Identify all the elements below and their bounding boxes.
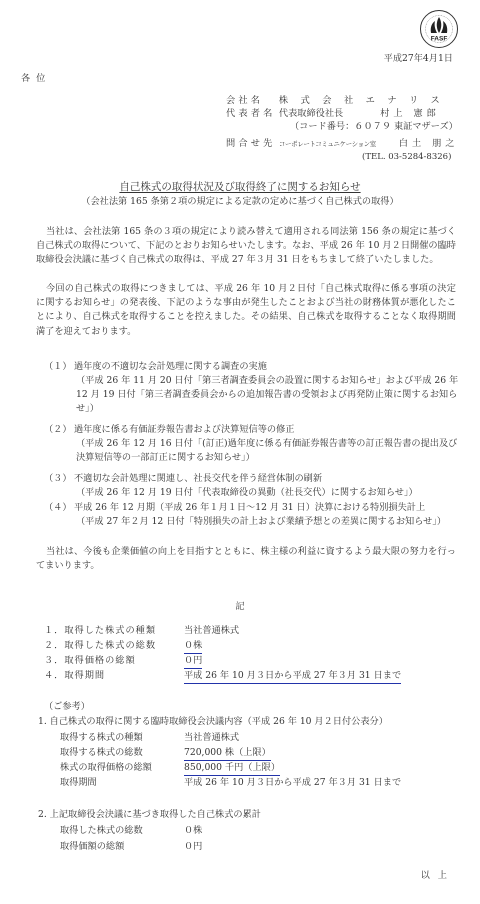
representative-row: 代表者名 代表取締役社長 村上 憲郎 xyxy=(226,107,440,121)
reference-label: 取得期間 xyxy=(60,776,184,790)
reference-row: 取得期間 平成 26 年 10 月３日から平成 27 年３月 31 日まで xyxy=(60,776,184,790)
reason-number: （４） xyxy=(44,501,72,515)
document-subtitle: （会社法第 165 条第２項の規定による定款の定めに基づく自己株式の取得） xyxy=(0,195,480,209)
reference-label: 株式の取得価格の総額 xyxy=(60,761,184,775)
record-row: ４．取得期間 平成 26 年 10 月３日から平成 27 年３月 31 日まで xyxy=(44,669,184,683)
reason-paragraph: 今回の自己株式の取得につきましては、平成 26 年 10 月２日付「自己株式取得… xyxy=(36,282,456,339)
reason-number: （２） xyxy=(44,423,72,437)
record-label: ３．取得価格の総額 xyxy=(44,654,184,668)
reason-text: 過年度の不適切な会計処理に関する調査の実施 xyxy=(74,360,466,374)
reference-section-1-title: 1. 自己株式の取得に関する臨時取締役会決議内容（平成 26 年 10 月２日付… xyxy=(38,715,388,729)
reference-row: 取得する株式の種類 当社普通株式 xyxy=(60,731,184,745)
fasf-logo-icon: FASF xyxy=(419,9,459,49)
reference-value: 720,000 株（上限） xyxy=(184,746,271,761)
reference-row: 取得する株式の総数 720,000 株（上限） xyxy=(60,746,184,760)
release-date: 平成27年4月1日 xyxy=(384,52,453,66)
stock-code: （コード番号：６０７９ 東証マザーズ） xyxy=(290,120,458,134)
document-title: 自己株式の取得状況及び取得終了に関するお知らせ xyxy=(0,180,480,194)
reason-text: 平成 26 年 12 月期（平成 26 年１月１日～12 月 31 日）決算にお… xyxy=(74,501,466,515)
reason-text: 不適切な会計処理に関連し、社長交代を伴う経営体制の刷新 xyxy=(74,472,466,486)
reference-value: ０株 xyxy=(184,824,202,838)
reference-value: ０円 xyxy=(184,840,202,854)
record-value: ０円 xyxy=(184,654,202,669)
reference-label: 取得価額の総額 xyxy=(60,840,184,854)
addressee: 各位 xyxy=(21,72,51,86)
record-row: １．取得した株式の種類 当社普通株式 xyxy=(44,624,184,638)
reason-reference: （平成 26 年 12 月 19 日付「代表取締役の異動（社長交代）に関するお知… xyxy=(76,486,466,500)
record-value: 平成 26 年 10 月３日から平成 27 年３月 31 日まで xyxy=(184,669,401,684)
reference-section-2-title: 2. 上記取締役会決議に基づき取得した自己株式の累計 xyxy=(38,808,261,822)
reference-value: 当社普通株式 xyxy=(184,731,239,745)
intro-paragraph: 当社は、会社法第 165 条の３項の規定により読み替えて適用される同法第 156… xyxy=(36,225,456,268)
svg-text:FASF: FASF xyxy=(431,36,448,43)
closing-paragraph: 当社は、今後も企業価値の向上を目指すとともに、株主様の利益に資するよう最大限の努… xyxy=(36,545,456,573)
record-label: １．取得した株式の種類 xyxy=(44,624,184,638)
reason-text: 過年度に係る有価証券報告書および決算短信等の修正 xyxy=(74,423,466,437)
contact-row: 問合せ先 コーポレートコミュニケーション室 白土 朋之 xyxy=(226,137,458,151)
representative-title: 代表取締役社長 xyxy=(279,107,343,121)
reference-row: 取得価額の総額 ０円 xyxy=(60,840,184,854)
ki-heading: 記 xyxy=(0,600,480,614)
record-label: ２．取得した株式の総数 xyxy=(44,639,184,653)
record-value: 当社普通株式 xyxy=(184,624,239,638)
company-name-row: 会社名 株式会社エナリス xyxy=(226,94,452,108)
reason-reference: （平成 27 年２月 12 日付「特別損失の計上および業績予想との差異に関するお… xyxy=(76,515,466,529)
reference-value: 850,000 千円（上限） xyxy=(184,761,280,776)
reference-row: 取得した株式の総数 ０株 xyxy=(60,824,184,838)
reason-reference: （平成 26 年 11 月 20 日付「第三者調査委員会の設置に関するお知らせ」… xyxy=(76,374,466,417)
record-label: ４．取得期間 xyxy=(44,669,184,683)
reason-number: （１） xyxy=(44,360,72,374)
contact-tel: (TEL. 03-5284-8326) xyxy=(362,150,451,164)
company-label: 会社名 xyxy=(226,94,276,108)
company-value: 株式会社エナリス xyxy=(279,94,452,108)
closing-mark: 以上 xyxy=(421,869,455,883)
record-value: ０株 xyxy=(184,639,202,654)
contact-label: 問合せ先 xyxy=(226,137,276,151)
reference-label: 取得する株式の総数 xyxy=(60,746,184,760)
representative-label: 代表者名 xyxy=(226,107,276,121)
reference-label: 取得する株式の種類 xyxy=(60,731,184,745)
reference-heading: （ご参考） xyxy=(44,700,90,714)
contact-name: 白土 朋之 xyxy=(399,137,459,151)
reference-row: 株式の取得価格の総額 850,000 千円（上限） xyxy=(60,761,184,775)
reference-label: 取得した株式の総数 xyxy=(60,824,184,838)
reason-reference: （平成 26 年 12 月 16 日付「(訂正)過年度に係る有価証券報告書等の訂… xyxy=(76,437,466,465)
contact-department: コーポレートコミュニケーション室 xyxy=(279,137,376,151)
reference-value: 平成 26 年 10 月３日から平成 27 年３月 31 日まで xyxy=(184,776,401,790)
representative-name: 村上 憲郎 xyxy=(380,107,440,121)
record-row: ３．取得価格の総額 ０円 xyxy=(44,654,184,668)
record-row: ２．取得した株式の総数 ０株 xyxy=(44,639,184,653)
reason-number: （３） xyxy=(44,472,72,486)
